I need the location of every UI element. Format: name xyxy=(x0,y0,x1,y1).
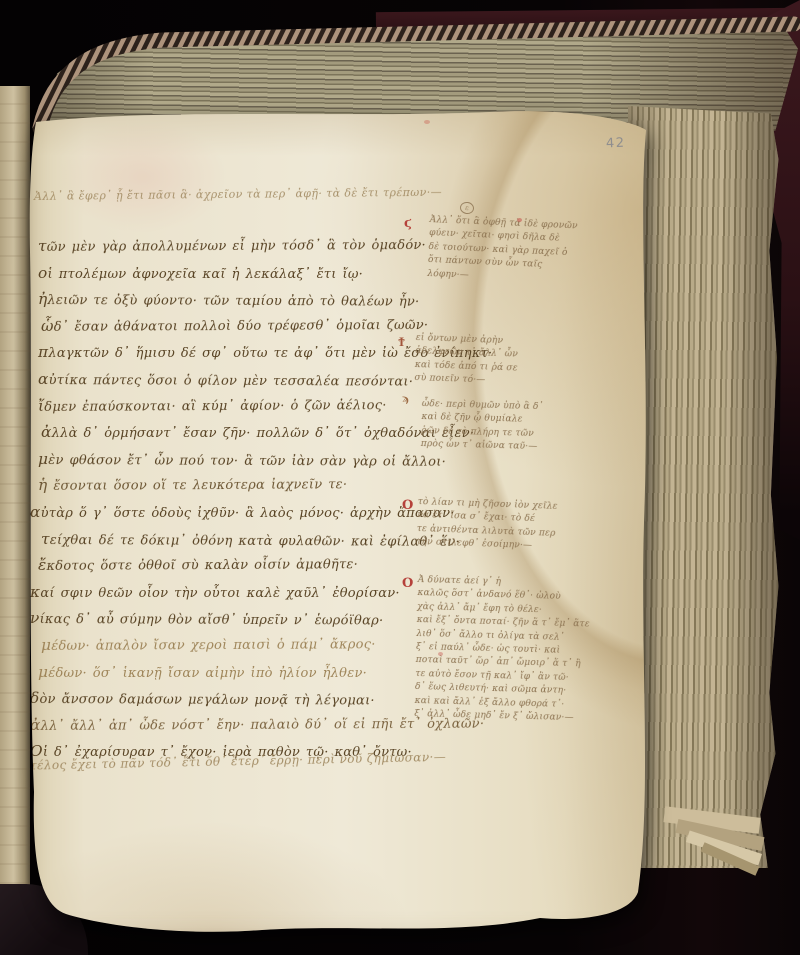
text-line: οἱ πτολέμων ἀφνοχεῖα καῖ ἠ λεκάλαξ᾽ ἔτι … xyxy=(38,261,442,288)
rubric-siglum: Ο xyxy=(402,576,413,591)
scholion-block-2: εἰ ὄντων μὲν ἀρὴνἀδελφεῶν τ᾽ ἄλλ᾽ ὧνκαὶ … xyxy=(414,332,581,391)
red-ink-fleck xyxy=(517,218,522,222)
gutter-page-edge xyxy=(0,86,30,952)
text-line: ἡ ἔσονται ὅσον οἵ τε λευκότερα ἰαχνεῖν τ… xyxy=(38,471,442,500)
fore-edge-pages xyxy=(628,106,780,868)
text-line: τῶν μὲν γὰρ ἀπολλυμένων εἶ μὴν τόσδ᾽ ἃ τ… xyxy=(38,232,442,261)
red-ink-fleck xyxy=(438,652,443,656)
red-ink-fleck xyxy=(424,120,430,124)
header-line: Ἀλλ᾽ ἃ ἔφερ᾽ ᾗ ἔτι πᾶσι ἃ· ἀχρεῖον τὰ πε… xyxy=(34,186,414,203)
text-line: ἔκδοτος ὅστε ὀθθοῖ σὺ καλὰν οἷσίν ἀμαθῆτ… xyxy=(38,551,442,580)
folio-number: 42 xyxy=(606,136,626,152)
rubric-siglum: ϡ xyxy=(402,394,409,405)
scholion-block-5: Ἀ δύνατε ἀεί γ᾽ ἡκαλῶς ὅστ᾽ ἀνδανό ἕθ᾽· … xyxy=(414,574,583,726)
text-line: μέδων· ὅσ᾽ ἱκανῇ ἴσαν αἰμὴν ἰπὸ ἠλίον ἦλ… xyxy=(38,660,442,687)
main-text-block: τῶν μὲν γὰρ ἀπολλυμένων εἶ μὴν τόσδ᾽ ἃ τ… xyxy=(38,234,442,766)
scholion-block-4: τὸ λίαν τι μὴ ζῆσον ἰὸν χεῖλενὰ ἔτ᾽ ἴσα … xyxy=(416,496,583,555)
text-line: μέδων· ἀπαλὸν ἴσαν χεροὶ παισὶ ὁ πάμ᾽ ἄκ… xyxy=(41,631,442,660)
manuscript-photo: 42 Ἀλλ᾽ ἃ ἔφερ᾽ ᾗ ἔτι πᾶσι ἃ· ἀχρεῖον τὰ… xyxy=(0,0,800,955)
text-line: αὐτίκα πάντες ὅσοι ὁ φίλον μὲν τεσσαλέα … xyxy=(38,367,442,395)
text-line: ἴδμεν ἐπαύσκονται· αἳ κύμ᾽ ἀφίον· ὁ ζῶν … xyxy=(38,391,442,420)
scholion-block-3: ὧδε· περὶ θυμῶν ὑπὸ ἃ δ᾽καὶ δὲ ζῆν ᾧ θυμ… xyxy=(421,398,587,456)
scholion-circle-marker: ε xyxy=(459,201,475,215)
text-line: καί σφιν θεῶν οἷον τὴν οὗτοι καλὲ χαῦλ᾽ … xyxy=(30,580,442,607)
rubric-siglum: Ϯ xyxy=(398,334,405,350)
text-line: ἀλλ᾽ ἄλλ᾽ ἀπ᾽ ὦδε νόστ᾽ ἔην· παλαιὸ δύ᾽ … xyxy=(30,711,442,740)
text-line: πλαγκτῶν δ᾽ ἥμισυ δέ σφ᾽ οὕτω τε ἀφ᾽ ὅτι… xyxy=(38,340,442,367)
scholion-block-1: Ἀλλ᾽ ὅτι ἃ ὀφθῇ τὰ ἰδὲ φρονῶνφύειν· χεῖτ… xyxy=(427,214,595,288)
text-line: ὧδ᾽ ἔσαν ἀθάνατοι πολλοὶ δύο τρέφεσθ᾽ ὁμ… xyxy=(41,312,442,341)
parchment-page: 42 Ἀλλ᾽ ἃ ἔφερ᾽ ᾗ ἔτι πᾶσι ἃ· ἀχρεῖον τὰ… xyxy=(20,92,668,942)
rubric-siglum: ϛ xyxy=(404,216,412,231)
text-line: αὐτὰρ ὅ γ᾽ ὅστε ὁδοὺς ἰχθῦν· ἃ λαὸς μόνο… xyxy=(30,500,442,527)
rubric-siglum: Ο xyxy=(402,498,413,513)
text-line: ἀλλὰ δ᾽ ὁρμήσαντ᾽ ἔσαν ζῆν· πολλῶν δ᾽ ὅτ… xyxy=(41,420,442,447)
